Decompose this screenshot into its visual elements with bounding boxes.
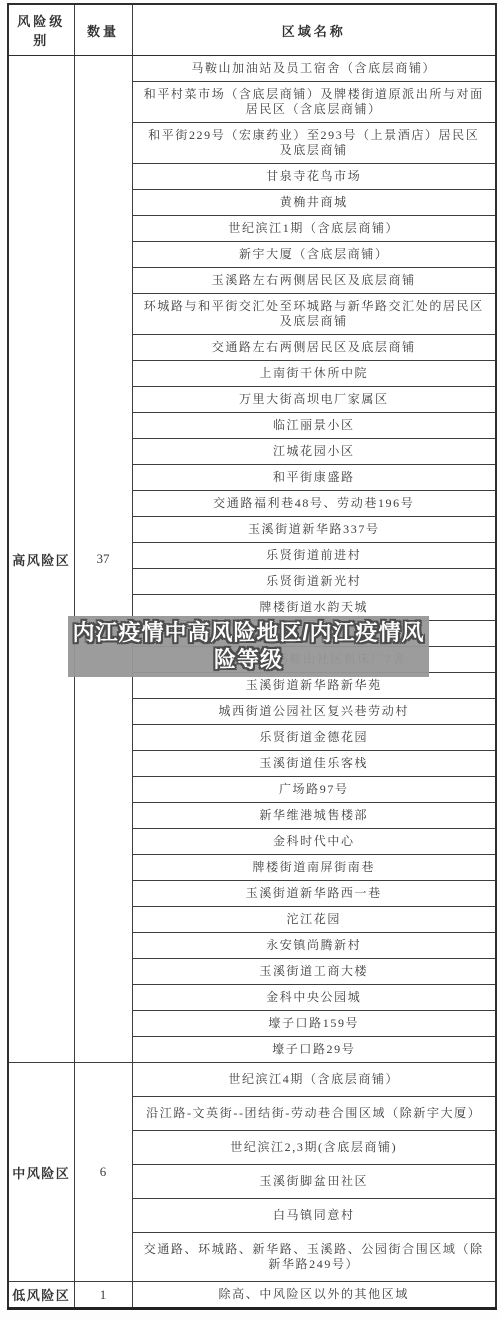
area-cell: 乐贤街道金德花园 — [132, 725, 496, 751]
area-cell: 黄桷井商城 — [132, 190, 496, 216]
risk-table-body: 高风险区37马鞍山加油站及员工宿舍（含底层商铺）和平村菜市场（含底层商铺）及牌楼… — [8, 56, 496, 1309]
area-cell: 沿江路-文英街--团结街-劳动巷合围区域（除新宇大厦） — [132, 1097, 496, 1131]
area-cell: 环城路与和平街交汇处至环城路与新华路交汇处的居民区及底层商铺 — [132, 294, 496, 335]
area-cell: 新华维港城售楼部 — [132, 803, 496, 829]
area-cell: 乐贤街道新光村 — [132, 569, 496, 595]
watermark-banner: 内江疫情中高风险地区/内江疫情风 险等级 — [68, 616, 429, 677]
area-cell: 交通路福利巷48号、劳动巷196号 — [132, 491, 496, 517]
area-cell: 和平村菜市场（含底层商铺）及牌楼街道原派出所与对面居民区（含底层商铺） — [132, 82, 496, 123]
header-cell-area-name: 区域名称 — [132, 4, 496, 56]
risk-level-cell: 高风险区 — [8, 56, 74, 1063]
area-cell: 金科时代中心 — [132, 829, 496, 855]
table-row: 高风险区37马鞍山加油站及员工宿舍（含底层商铺） — [8, 56, 496, 82]
count-cell: 1 — [74, 1282, 132, 1309]
area-cell: 永安镇尚腾新村 — [132, 933, 496, 959]
area-cell: 上南街干休所中院 — [132, 361, 496, 387]
area-cell: 交通路、环城路、新华路、玉溪路、公园街合围区域（除新华路249号） — [132, 1233, 496, 1282]
watermark-line-2: 险等级 — [68, 646, 429, 673]
table-row: 低风险区1除高、中风险区以外的其他区域 — [8, 1282, 496, 1309]
area-cell: 乐贤街道前进村 — [132, 543, 496, 569]
area-cell: 广场路97号 — [132, 777, 496, 803]
area-cell: 江城花园小区 — [132, 439, 496, 465]
area-cell: 世纪滨江1期（含底层商铺） — [132, 216, 496, 242]
area-cell: 玉溪路左右两侧居民区及底层商铺 — [132, 268, 496, 294]
header-cell-count: 数量 — [74, 4, 132, 56]
area-cell: 和平街229号（宏康药业）至293号（上景酒店）居民区及底层商铺 — [132, 123, 496, 164]
area-cell: 壕子口路29号 — [132, 1037, 496, 1063]
area-cell: 玉溪街道工商大楼 — [132, 959, 496, 985]
table-header-row: 风险级别 数量 区域名称 — [8, 4, 496, 56]
area-cell: 白马镇同意村 — [132, 1199, 496, 1233]
risk-level-cell: 低风险区 — [8, 1282, 74, 1309]
area-cell: 世纪滨江2,3期(含底层商铺) — [132, 1131, 496, 1165]
area-cell: 马鞍山加油站及员工宿舍（含底层商铺） — [132, 56, 496, 82]
area-cell: 牌楼街道南屏街南巷 — [132, 855, 496, 881]
area-cell: 城西街道公园社区复兴巷劳动村 — [132, 699, 496, 725]
area-cell: 玉溪街道新华路西一巷 — [132, 881, 496, 907]
area-cell: 除高、中风险区以外的其他区域 — [132, 1282, 496, 1309]
watermark-line-1: 内江疫情中高风险地区/内江疫情风 — [68, 619, 429, 646]
area-cell: 新宇大厦（含底层商铺） — [132, 242, 496, 268]
area-cell: 金科中央公园城 — [132, 985, 496, 1011]
table-row: 中风险区6世纪滨江4期（含底层商铺） — [8, 1063, 496, 1097]
area-cell: 壕子口路159号 — [132, 1011, 496, 1037]
area-cell: 万里大街高坝电厂家属区 — [132, 387, 496, 413]
area-cell: 交通路左右两侧居民区及底层商铺 — [132, 335, 496, 361]
area-cell: 玉溪街道佳乐客栈 — [132, 751, 496, 777]
count-cell: 37 — [74, 56, 132, 1063]
area-cell: 玉溪街脚盆田社区 — [132, 1165, 496, 1199]
area-cell: 玉溪街道新华路337号 — [132, 517, 496, 543]
area-cell: 和平街康盛路 — [132, 465, 496, 491]
count-cell: 6 — [74, 1063, 132, 1282]
area-cell: 甘泉寺花鸟市场 — [132, 164, 496, 190]
area-cell: 临江丽景小区 — [132, 413, 496, 439]
risk-level-cell: 中风险区 — [8, 1063, 74, 1282]
area-cell: 世纪滨江4期（含底层商铺） — [132, 1063, 496, 1097]
area-cell: 沱江花园 — [132, 907, 496, 933]
header-cell-risk-level: 风险级别 — [8, 4, 74, 56]
